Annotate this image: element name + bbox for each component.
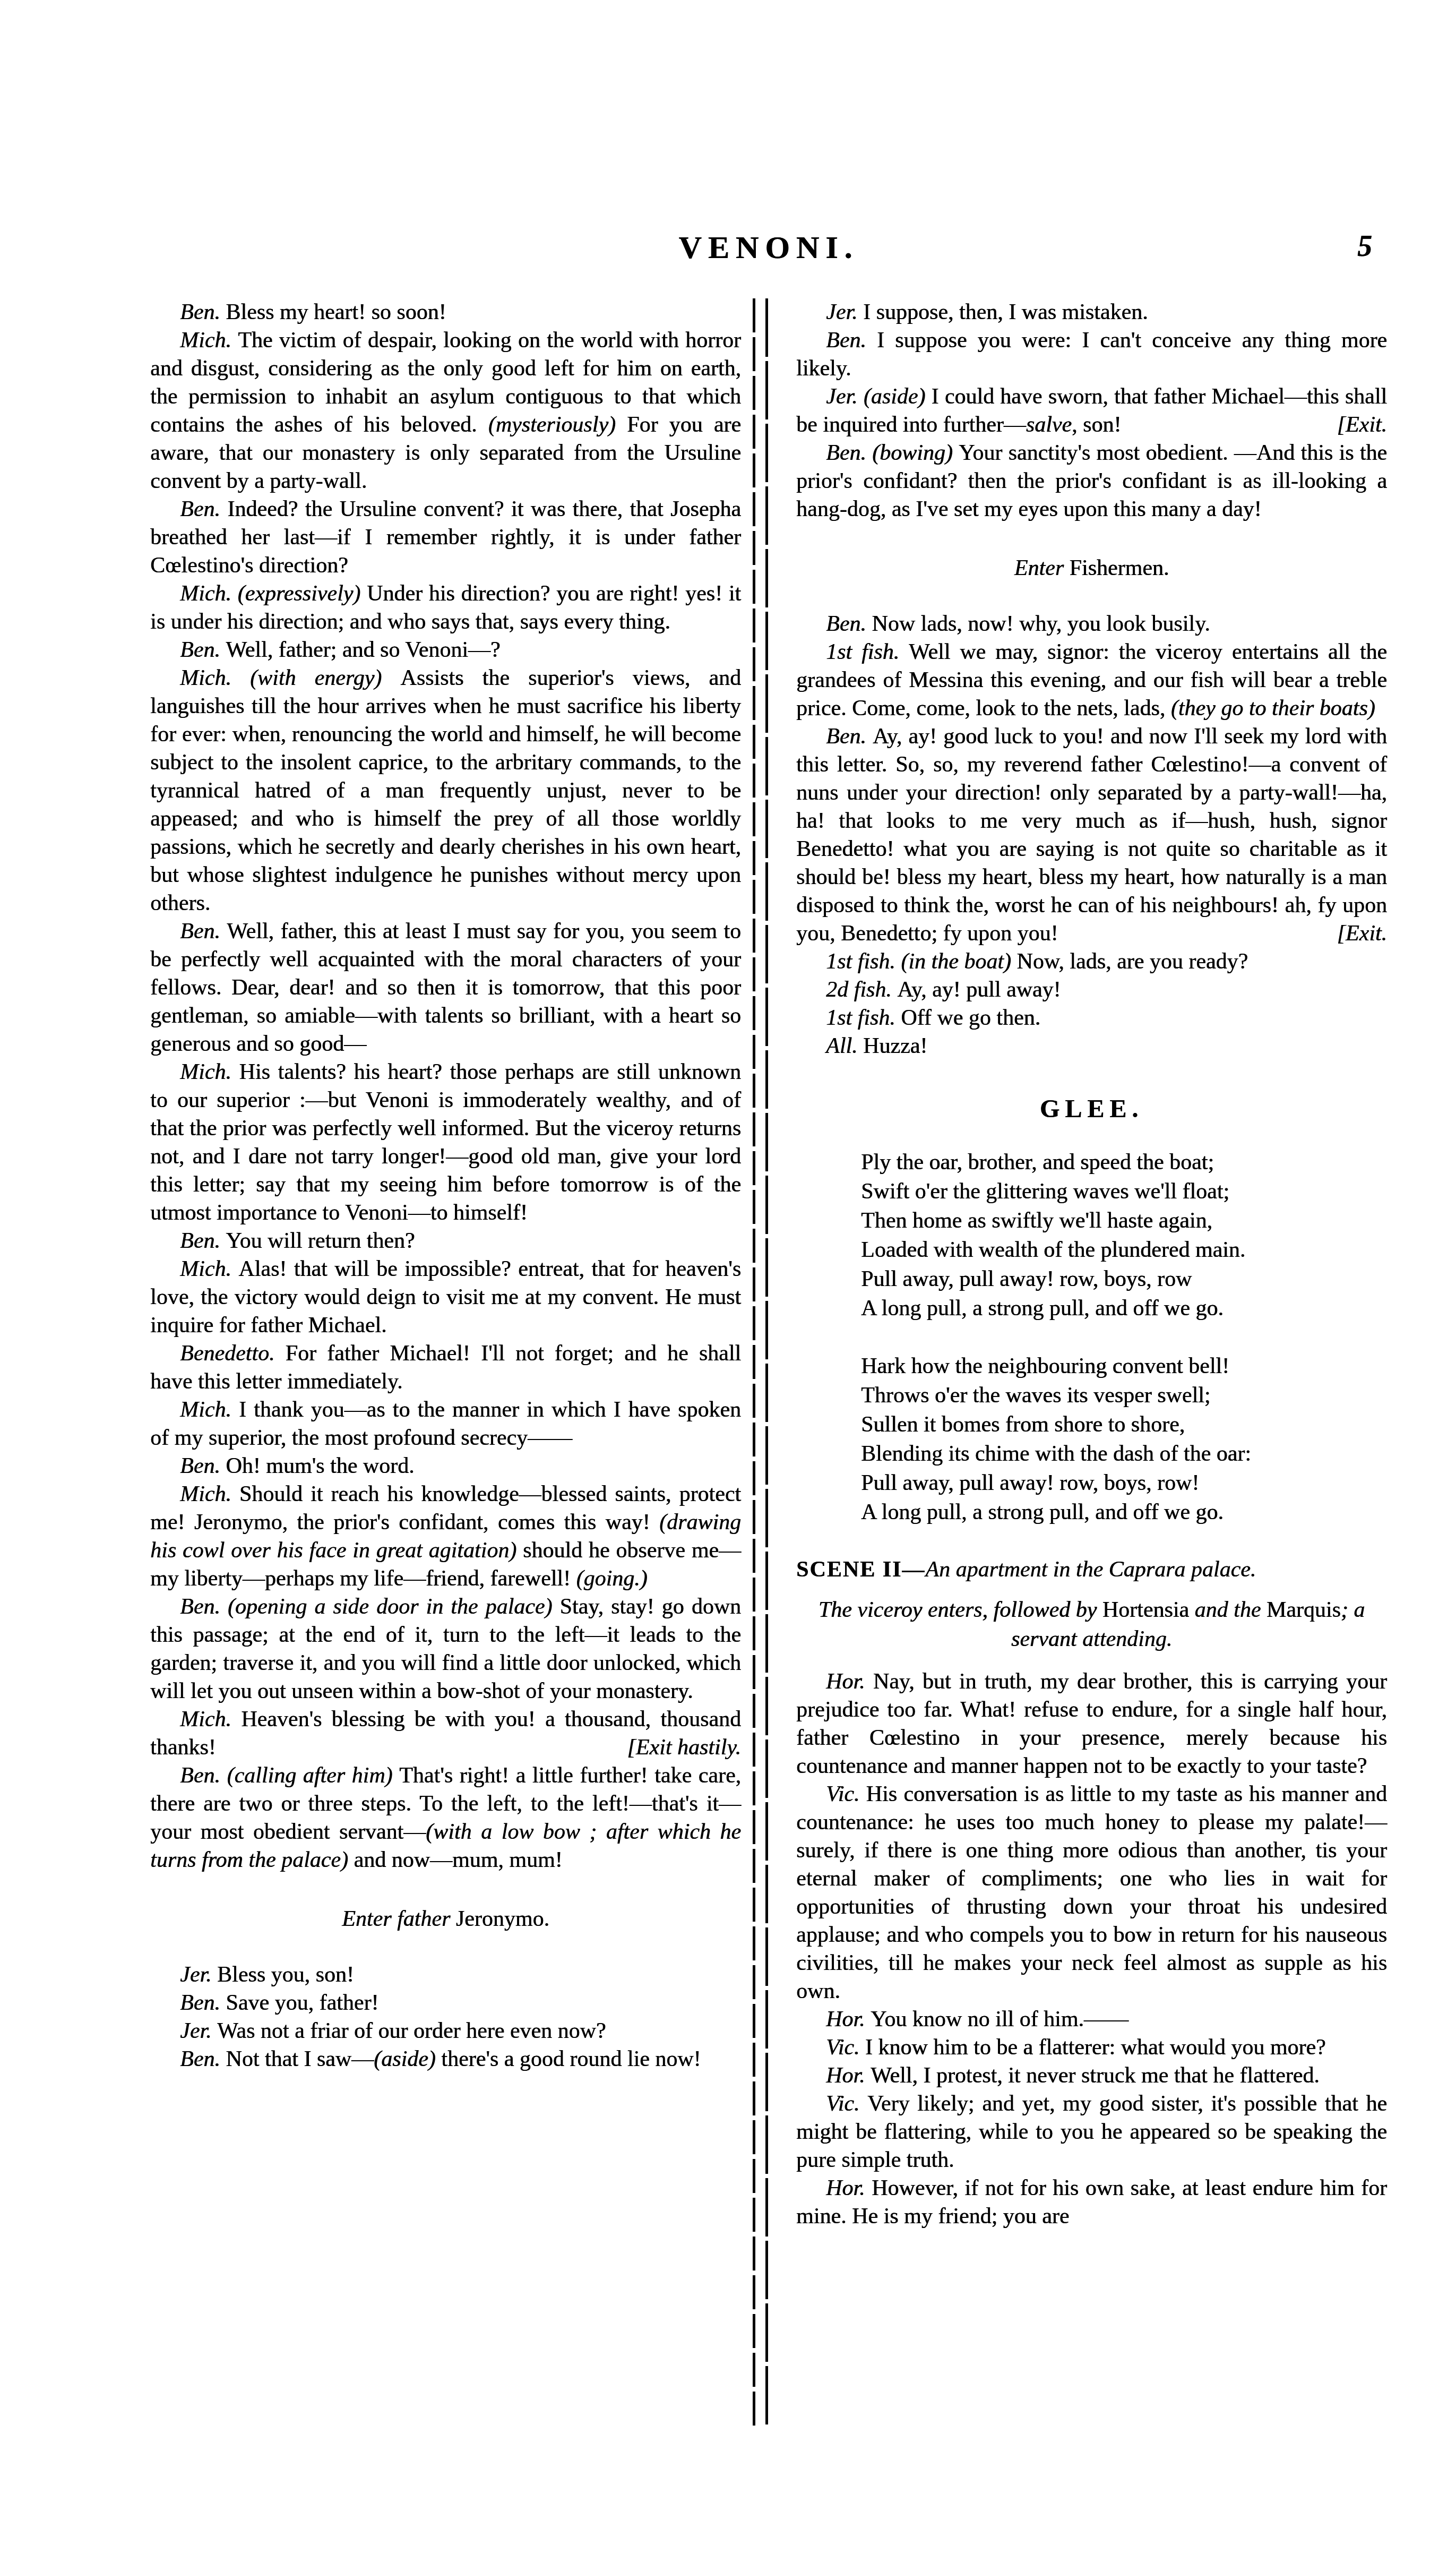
speech-paragraph: Ben. Indeed? the Ursuline convent? it wa…: [150, 495, 741, 580]
speaker-label: Ben.: [180, 638, 226, 662]
dialogue-text: I thank you—as to the manner in which I …: [150, 1398, 741, 1450]
dialogue-text: Was not a friar of our order here even n…: [217, 2019, 606, 2043]
verse-line: A long pull, a strong pull, and off we g…: [861, 1498, 1387, 1527]
page-header: VENONI. 5: [150, 229, 1387, 277]
dialogue-text: Well, father; and so Venoni—?: [226, 638, 500, 662]
dialogue-text: Not that I saw—: [226, 2047, 374, 2071]
dialogue-text: SCENE II—: [796, 1557, 925, 1582]
speech-paragraph: Hor. However, if not for his own sake, a…: [796, 2174, 1387, 2231]
speaker-label: Vic.: [826, 2092, 867, 2116]
speech-paragraph: Hor. Nay, but in truth, my dear brother,…: [796, 1668, 1387, 1780]
speaker-label: Ben.: [180, 1763, 227, 1788]
speaker-label: Vic.: [826, 1782, 866, 1806]
verse-line: Swift o'er the glittering waves we'll fl…: [861, 1177, 1387, 1206]
exit-tag: [Exit.: [1307, 920, 1387, 948]
speech-paragraph: Ben. Save you, father!: [150, 1989, 741, 2017]
dialogue-text: Bless you, son!: [217, 1963, 354, 1987]
speech-paragraph: 1st fish. (in the boat) Now, lads, are y…: [796, 948, 1387, 976]
stage-direction-text: An apartment in the Caprara palace.: [925, 1557, 1256, 1582]
speaker-label: Ben.: [180, 1229, 226, 1253]
speech-paragraph: Hor. You know no ill of him.——: [796, 2006, 1387, 2034]
speaker-label: Mich.: [180, 1398, 239, 1422]
speaker-label: 2d fish.: [826, 978, 897, 1002]
text-columns: Ben. Bless my heart! so soon!Mich. The v…: [150, 298, 1387, 2428]
speaker-label: Ben.: [180, 2047, 226, 2071]
exit-tag: [Exit.: [1307, 411, 1387, 439]
speaker-label: Ben.: [826, 328, 877, 353]
divider-rule-left: [753, 298, 755, 2428]
dialogue-text: I suppose you were: I can't conceive any…: [796, 328, 1387, 381]
speech-paragraph: Hor. Well, I protest, it never struck me…: [796, 2062, 1387, 2090]
stage-direction-text: and the: [1189, 1598, 1267, 1622]
dialogue-text: Oh! mum's the word.: [226, 1454, 414, 1478]
speaker-label: Hor.: [826, 2007, 871, 2032]
speaker-label: Ben.: [826, 612, 872, 636]
speaker-label: Ben.: [180, 1991, 226, 2015]
speech-paragraph: Ben. (opening a side door in the palace)…: [150, 1593, 741, 1706]
speech-paragraph: Ben. Well, father, this at least I must …: [150, 918, 741, 1058]
speaker-label: Hor.: [826, 2176, 872, 2200]
dialogue-text: His talents? his heart? those perhaps ar…: [150, 1060, 741, 1225]
stage-direction-text: (opening a side door in the palace): [228, 1595, 560, 1619]
speech-paragraph: All. Huzza!: [796, 1032, 1387, 1060]
dialogue-text: , son!: [1072, 413, 1121, 437]
dialogue-text: Very likely; and yet, my good sister, it…: [796, 2092, 1387, 2172]
stage-direction-text: (in the boat): [901, 949, 1016, 974]
speech-paragraph: Vic. His conversation is as little to my…: [796, 1780, 1387, 2006]
stage-direction-centered: Enter father Jeronymo.: [150, 1905, 741, 1933]
speech-paragraph: Mich. Heaven's blessing be with you! a t…: [150, 1706, 741, 1762]
dialogue-text: Well, I protest, it never struck me that…: [871, 2063, 1320, 2088]
speaker-label: Benedetto.: [180, 1341, 286, 1366]
speech-paragraph: Benedetto. For father Michael! I'll not …: [150, 1340, 741, 1396]
speech-paragraph: Mich. The victim of despair, looking on …: [150, 327, 741, 495]
speech-paragraph: Mich. Should it reach his knowledge—bles…: [150, 1480, 741, 1593]
speaker-label: Jer.: [180, 1963, 217, 1987]
dialogue-text: Now lads, now! why, you look busily.: [872, 612, 1210, 636]
scene-opening-direction: The viceroy enters, followed by Hortensi…: [796, 1596, 1387, 1654]
dialogue-text: and now—mum, mum!: [354, 1848, 562, 1872]
stage-direction-text: (with energy): [250, 666, 400, 690]
speaker-label: Mich.: [180, 1060, 239, 1084]
speech-paragraph: Mich. I thank you—as to the manner in wh…: [150, 1396, 741, 1452]
page-number: 5: [1357, 229, 1372, 263]
stage-direction-text: (going.): [576, 1566, 647, 1591]
dialogue-text: Hortensia: [1102, 1598, 1189, 1622]
dialogue-text: I know him to be a flatterer: what would…: [865, 2035, 1326, 2060]
stage-direction-text: The viceroy enters, followed by: [819, 1598, 1102, 1622]
dialogue-text: Jeronymo.: [456, 1907, 549, 1931]
stage-direction-text: (they go to their boats): [1171, 696, 1375, 721]
speaker-label: Jer.: [180, 2019, 217, 2043]
exit-tag: [Exit hastily.: [597, 1734, 741, 1762]
dialogue-text: Assists the superior's views, and langui…: [150, 666, 741, 915]
speaker-label: Jer.: [826, 300, 863, 324]
verse-line: A long pull, a strong pull, and off we g…: [861, 1294, 1387, 1323]
speech-paragraph: 1st fish. Off we go then.: [796, 1004, 1387, 1032]
divider-rule-right: [765, 298, 768, 2428]
speech-paragraph: Ben. (calling after him) That's right! a…: [150, 1762, 741, 1874]
dialogue-text: His conversation is as little to my tast…: [796, 1782, 1387, 2003]
verse-line: Sullen it bomes from shore to shore,: [861, 1410, 1387, 1439]
dialogue-text: there's a good round lie now!: [441, 2047, 701, 2071]
scene-heading: SCENE II—An apartment in the Caprara pal…: [796, 1556, 1387, 1584]
dialogue-text: You know no ill of him.——: [871, 2007, 1128, 2032]
speaker-label: Ben.: [180, 300, 226, 324]
speech-paragraph: Jer. I suppose, then, I was mistaken.: [796, 298, 1387, 327]
stage-direction-text: Enter father: [342, 1907, 456, 1931]
dialogue-text: Bless my heart! so soon!: [226, 300, 446, 324]
speaker-label: Mich.: [180, 581, 238, 606]
speaker-label: Mich.: [180, 328, 238, 353]
speaker-label: Vic.: [826, 2035, 865, 2060]
verse-line: Then home as swiftly we'll haste again,: [861, 1206, 1387, 1236]
speech-paragraph: Vic. I know him to be a flatterer: what …: [796, 2034, 1387, 2062]
speaker-label: Mich.: [180, 1707, 241, 1732]
column-left: Ben. Bless my heart! so soon!Mich. The v…: [150, 298, 741, 2073]
dialogue-text: Should it reach his knowledge—blessed sa…: [150, 1482, 741, 1535]
speaker-label: Ben.: [180, 497, 227, 521]
verse-line: Pull away, pull away! row, boys, row!: [861, 1469, 1387, 1498]
speaker-label: 1st fish.: [826, 949, 901, 974]
speaker-label: Jer.: [826, 384, 864, 409]
speaker-label: All.: [826, 1034, 863, 1058]
stage-direction-centered: Enter Fishermen.: [796, 554, 1387, 582]
dialogue-text: You will return then?: [226, 1229, 415, 1253]
stage-direction-text: Enter: [1014, 556, 1070, 580]
speaker-label: Ben.: [180, 1595, 228, 1619]
dialogue-text: Ay, ay! good luck to you! and now I'll s…: [796, 724, 1387, 946]
verse-line: Blending its chime with the dash of the …: [861, 1439, 1387, 1469]
speech-paragraph: Ben. Bless my heart! so soon!: [150, 298, 741, 327]
speech-paragraph: Ben. Now lads, now! why, you look busily…: [796, 610, 1387, 638]
speech-paragraph: Vic. Very likely; and yet, my good siste…: [796, 2090, 1387, 2174]
verse-line: Throws o'er the waves its vesper swell;: [861, 1381, 1387, 1410]
speaker-label: Mich.: [180, 1482, 239, 1506]
dialogue-text: Indeed? the Ursuline convent? it was the…: [150, 497, 741, 578]
speaker-label: Hor.: [826, 1669, 873, 1694]
speech-paragraph: Mich. His talents? his heart? those perh…: [150, 1058, 741, 1227]
dialogue-text: Well, father, this at least I must say f…: [150, 919, 741, 1056]
stage-direction-text: (bowing): [872, 441, 959, 465]
stage-direction-text: (aside): [374, 2047, 441, 2071]
dialogue-text: Off we go then.: [901, 1006, 1040, 1030]
speech-paragraph: Jer. Bless you, son!: [150, 1961, 741, 1989]
dialogue-text: Huzza!: [863, 1034, 927, 1058]
speech-paragraph: Jer. Was not a friar of our order here e…: [150, 2017, 741, 2045]
stage-direction-text: salve: [1026, 413, 1072, 437]
verse-line: Loaded with wealth of the plundered main…: [861, 1236, 1387, 1265]
column-divider: [741, 298, 796, 2428]
verse-stanza: Ply the oar, brother, and speed the boat…: [861, 1148, 1387, 1323]
verse-line: Ply the oar, brother, and speed the boat…: [861, 1148, 1387, 1177]
speaker-label: Ben.: [826, 724, 873, 749]
speaker-label: Mich.: [180, 666, 250, 690]
dialogue-text: However, if not for his own sake, at lea…: [796, 2176, 1387, 2229]
dialogue-text: Save you, father!: [226, 1991, 378, 2015]
dialogue-text: Fishermen.: [1070, 556, 1169, 580]
dialogue-text: Marquis: [1267, 1598, 1341, 1622]
speech-paragraph: Ben. Oh! mum's the word.: [150, 1452, 741, 1480]
dialogue-text: Now, lads, are you ready?: [1016, 949, 1248, 974]
verse-line: Pull away, pull away! row, boys, row: [861, 1265, 1387, 1294]
speech-paragraph: Ben. I suppose you were: I can't conceiv…: [796, 327, 1387, 383]
speech-paragraph: 2d fish. Ay, ay! pull away!: [796, 976, 1387, 1004]
book-page: VENONI. 5 Ben. Bless my heart! so soon!M…: [0, 0, 1456, 2562]
dialogue-text: Nay, but in truth, my dear brother, this…: [796, 1669, 1387, 1778]
speech-paragraph: Jer. (aside) I could have sworn, that fa…: [796, 383, 1387, 439]
column-right: Jer. I suppose, then, I was mistaken.Ben…: [796, 298, 1387, 2231]
speech-paragraph: 1st fish. Well we may, signor: the vicer…: [796, 638, 1387, 723]
speech-paragraph: Ben. Ay, ay! good luck to you! and now I…: [796, 723, 1387, 948]
dialogue-text: Alas! that will be impossible? entreat, …: [150, 1257, 741, 1338]
speech-paragraph: Ben. You will return then?: [150, 1227, 741, 1255]
stage-direction-text: (mysteriously): [488, 413, 627, 437]
speaker-label: 1st fish.: [826, 640, 909, 664]
speech-paragraph: Mich. (expressively) Under his direction…: [150, 580, 741, 636]
speaker-label: 1st fish.: [826, 1006, 901, 1030]
glee-heading: GLEE.: [796, 1094, 1387, 1124]
verse-line: Hark how the neighbouring convent bell!: [861, 1352, 1387, 1381]
speech-paragraph: Ben. (bowing) Your sanctity's most obedi…: [796, 439, 1387, 524]
verse-stanza: Hark how the neighbouring convent bell!T…: [861, 1352, 1387, 1527]
speaker-label: Hor.: [826, 2063, 871, 2088]
speech-paragraph: Mich. Alas! that will be impossible? ent…: [150, 1255, 741, 1340]
speaker-label: Ben.: [180, 1454, 226, 1478]
speech-paragraph: Ben. Not that I saw—(aside) there's a go…: [150, 2045, 741, 2073]
speaker-label: Ben.: [180, 919, 227, 944]
stage-direction-text: (calling after him): [227, 1763, 399, 1788]
dialogue-text: Ay, ay! pull away!: [897, 978, 1061, 1002]
speech-paragraph: Mich. (with energy) Assists the superior…: [150, 664, 741, 918]
stage-direction-text: (aside): [864, 384, 932, 409]
running-title: VENONI.: [150, 229, 1387, 266]
speaker-label: Ben.: [826, 441, 872, 465]
stage-direction-text: (expressively): [238, 581, 367, 606]
speaker-label: Mich.: [180, 1257, 238, 1281]
dialogue-text: I suppose, then, I was mistaken.: [863, 300, 1148, 324]
speech-paragraph: Ben. Well, father; and so Venoni—?: [150, 636, 741, 664]
